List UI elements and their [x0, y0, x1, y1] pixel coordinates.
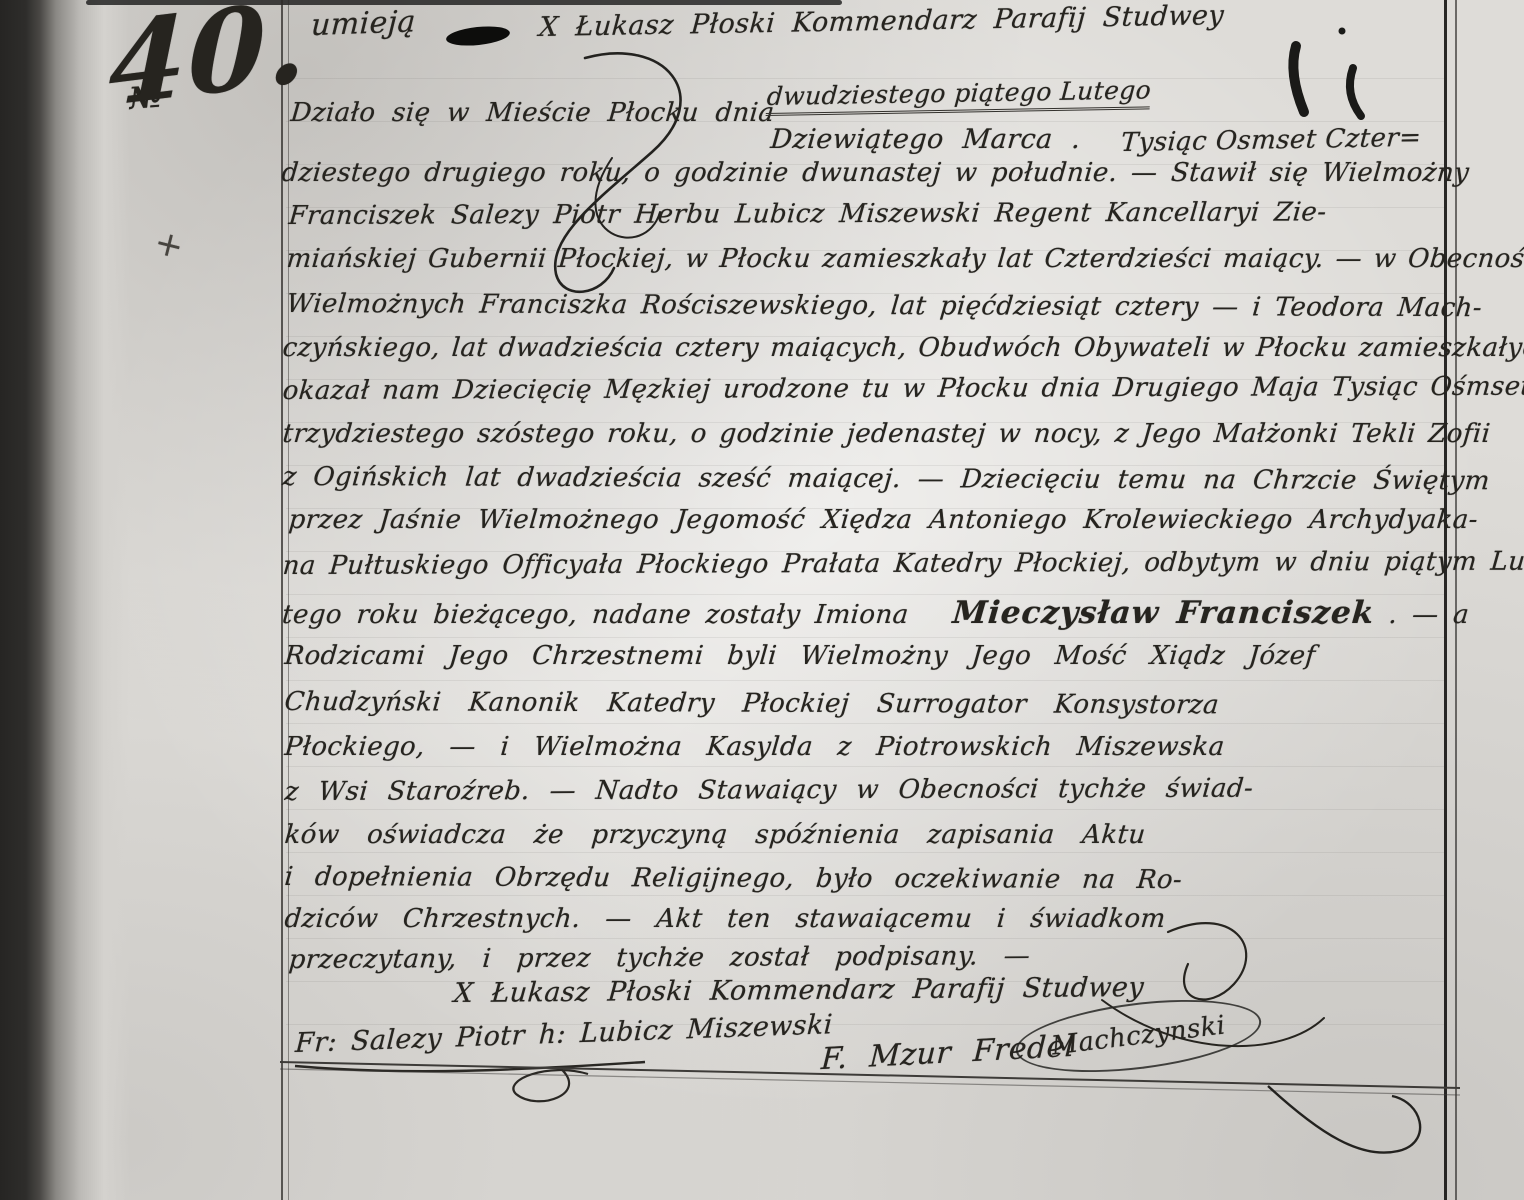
stray-ink-dot: [1339, 28, 1346, 35]
signature-trailing-flourish: [1268, 1086, 1420, 1153]
record-number: 40.: [108, 0, 310, 132]
body-line: trzydziestego szóstego roku, o godzinie …: [281, 419, 1491, 449]
body-line: z Wsi Staroźreb. — Nadto Stawaiący w Obe…: [283, 774, 1254, 807]
body-line: czyńskiego, lat dwadzieścia cztery maiąc…: [281, 333, 1524, 363]
opening-line: Działo się w Mieście Płocku dnia: [289, 98, 775, 128]
body-line: dziestego drugiego roku, o godzinie dwun…: [280, 158, 1470, 188]
body-line: i dopełnienia Obrzędu Religijnego, było …: [283, 862, 1183, 895]
body-line: Chudzyński Kanonik Katedry Płockiej Surr…: [283, 687, 1220, 720]
date-inserted-text: dwudziestego piątego Lutego: [766, 75, 1153, 116]
header-attestation: X Łukasz Płoski Kommendarz Parafij Studw…: [538, 0, 1225, 43]
scanned-record-page: № 40. + umieją X Łukasz Płoski Kommendar…: [0, 0, 1524, 1200]
date-inserted-julian: dwudziestego piątego Lutego: [766, 75, 1152, 111]
carryover-word: umieją: [310, 4, 416, 43]
names-line-before: tego roku bieżącego, nadane zostały Imio…: [281, 600, 910, 630]
body-line: okazał nam Dziecięcię Męzkiej urodzone t…: [281, 372, 1524, 406]
year-fragment: Tysiąc Osmset Czter=: [1120, 123, 1422, 158]
body-line: przeczytany, i przez tychże został podpi…: [288, 941, 1032, 975]
body-line: Wielmożnych Franciszka Rościszewskiego, …: [285, 289, 1483, 323]
signature-underline: [295, 1062, 645, 1071]
body-line: Płockiego, — i Wielmożna Kasylda z Piotr…: [283, 732, 1226, 762]
date-alternate-gregorian: Dziewiątego Marca .: [769, 124, 1082, 155]
body-line: na Pułtuskiego Officyała Płockiego Prała…: [281, 547, 1524, 581]
signature-underline-flourish: [513, 1068, 588, 1101]
body-line: Franciszek Salezy Piotr Herbu Lubicz Mis…: [287, 197, 1327, 231]
book-gutter-shadow: [0, 0, 130, 1200]
body-line: dziców Chrzestnych. — Akt ten stawaiącem…: [283, 904, 1167, 934]
signature-witness-right: Machczynski: [1050, 1010, 1227, 1061]
closing-attestation: X Łukasz Płoski Kommendarz Parafij Studw…: [453, 972, 1146, 1009]
body-line: przez Jaśnie Wielmożnego Jegomość Xiędza…: [287, 505, 1479, 535]
names-line-after: . — a: [1388, 600, 1471, 630]
body-line: z Ogińskich lat dwadzieścia sześć maiące…: [281, 462, 1491, 496]
child-given-names: Mieczysław Franciszek: [951, 595, 1376, 631]
margin-cross-mark: +: [150, 222, 188, 268]
body-line: Rodzicami Jego Chrzestnemi byli Wielmożn…: [283, 641, 1316, 671]
body-line: miańskiej Gubernii Płockiej, w Płocku za…: [285, 244, 1524, 274]
ink-blot: [445, 24, 511, 49]
names-line: tego roku bieżącego, nadane zostały Imio…: [281, 595, 1471, 631]
body-line: ków oświadcza że przyczyną spóźnienia za…: [283, 820, 1147, 850]
